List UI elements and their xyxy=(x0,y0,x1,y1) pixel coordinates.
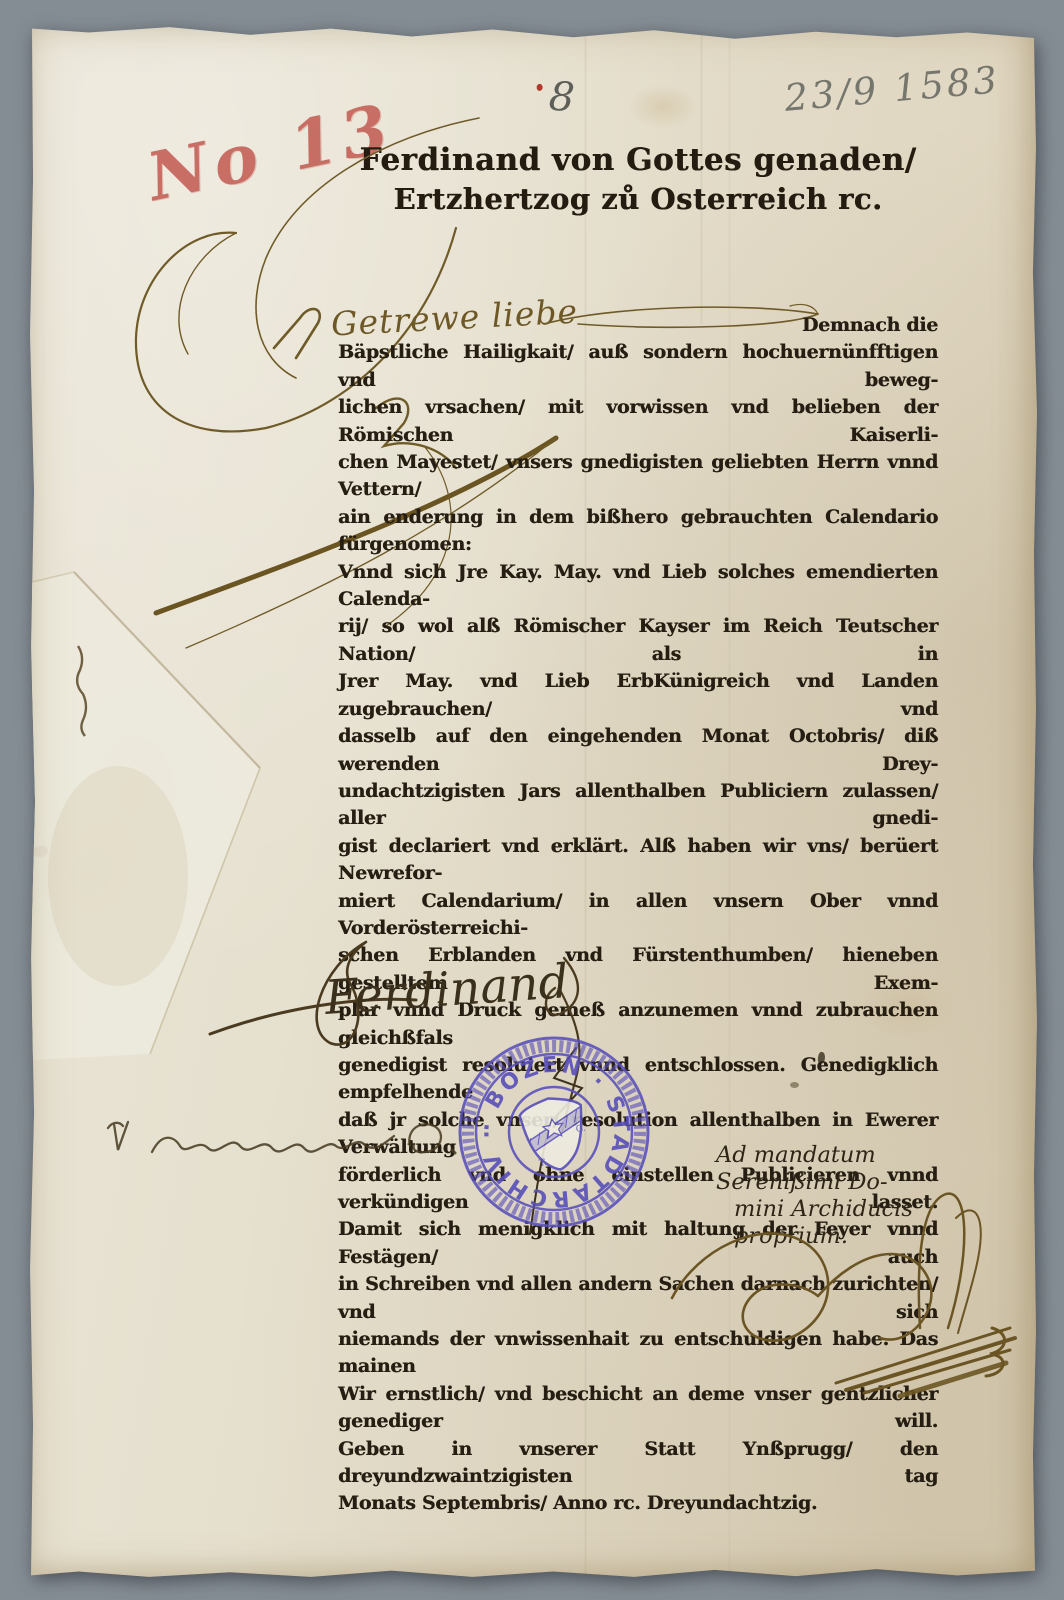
paper-edge-vignette xyxy=(28,24,1038,1580)
scan-background: No 13 8 23/9 1583 Ferdinand von Gottes g… xyxy=(0,0,1064,1600)
document-paper: No 13 8 23/9 1583 Ferdinand von Gottes g… xyxy=(28,24,1038,1580)
paper-wrapper: No 13 8 23/9 1583 Ferdinand von Gottes g… xyxy=(28,24,1038,1580)
